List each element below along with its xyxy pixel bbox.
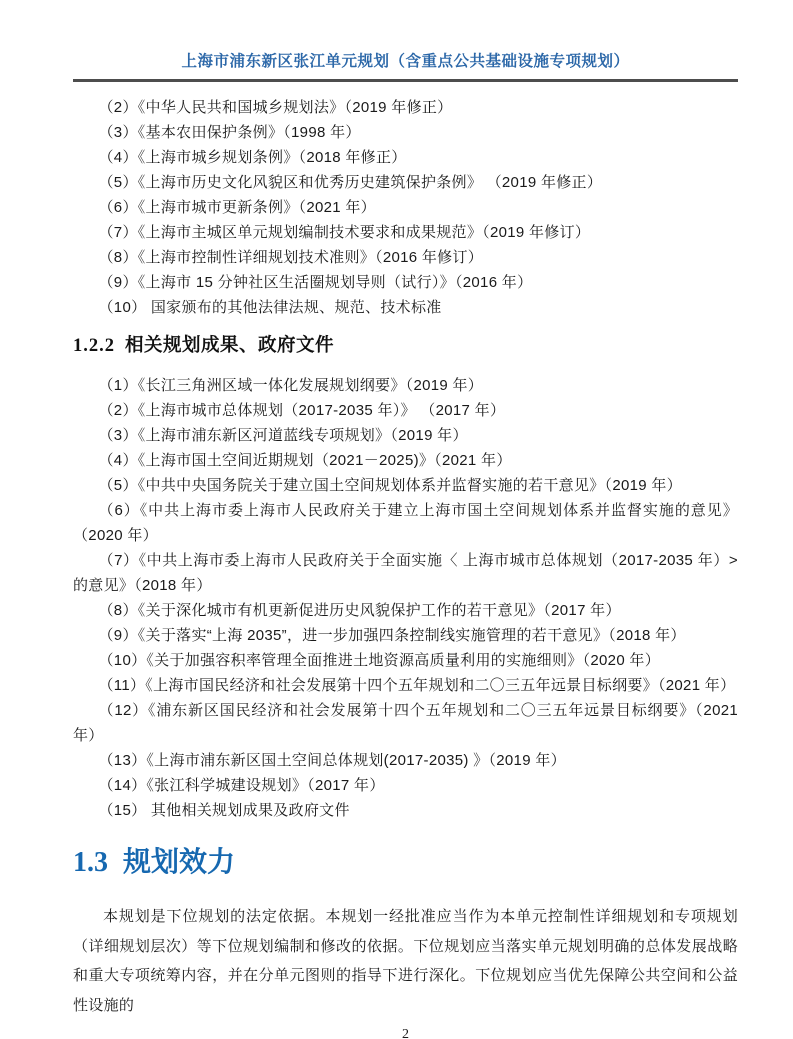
legal-references-list: （2）《中华人民共和国城乡规划法》（2019 年修正）（3）《基本农田保护条例》… bbox=[73, 95, 738, 320]
list-item: （6）《中共上海市委上海市人民政府关于建立上海市国土空间规划体系并监督实施的意见… bbox=[73, 498, 738, 548]
list-item: （6）《上海市城市更新条例》（2021 年） bbox=[73, 195, 738, 220]
list-item: （4）《上海市城乡规划条例》（2018 年修正） bbox=[73, 145, 738, 170]
list-item: （5）《中共中央国务院关于建立国土空间规划体系并监督实施的若干意见》（2019 … bbox=[73, 473, 738, 498]
list-item: （9）《上海市 15 分钟社区生活圈规划导则（试行）》（2016 年） bbox=[73, 270, 738, 295]
section-title: 规划效力 bbox=[123, 846, 235, 877]
list-item: （11）《上海市国民经济和社会发展第十四个五年规划和二〇三五年远景目标纲要》（2… bbox=[73, 673, 738, 698]
section-heading-1-3: 1.3规划效力 bbox=[73, 843, 738, 882]
page-footer: 2 bbox=[73, 1027, 738, 1039]
page-header: 上海市浦东新区张江单元规划（含重点公共基础设施专项规划） bbox=[73, 52, 738, 82]
list-item: （10） 国家颁布的其他法律法规、规范、技术标准 bbox=[73, 295, 738, 320]
planning-references-list: （1）《长江三角洲区域一体化发展规划纲要》（2019 年）（2）《上海市城市总体… bbox=[73, 373, 738, 823]
list-item: （4）《上海市国土空间近期规划（2021－2025)》（2021 年） bbox=[73, 448, 738, 473]
list-item: （5）《上海市历史文化风貌区和优秀历史建筑保护条例》 （2019 年修正） bbox=[73, 170, 738, 195]
list-item: （7）《中共上海市委上海市人民政府关于全面实施〈 上海市城市总体规划（2017-… bbox=[73, 548, 738, 598]
list-item: （10）《关于加强容积率管理全面推进土地资源高质量利用的实施细则》（2020 年… bbox=[73, 648, 738, 673]
list-item: （9）《关于落实“上海 2035”，进一步加强四条控制线实施管理的若干意见》（2… bbox=[73, 623, 738, 648]
header-rule bbox=[73, 79, 738, 82]
list-item: （3）《基本农田保护条例》（1998 年） bbox=[73, 120, 738, 145]
list-item: （1）《长江三角洲区域一体化发展规划纲要》（2019 年） bbox=[73, 373, 738, 398]
section-number: 1.2.2 bbox=[73, 336, 115, 356]
list-item: （3）《上海市浦东新区河道蓝线专项规划》（2019 年） bbox=[73, 423, 738, 448]
document-page: 上海市浦东新区张江单元规划（含重点公共基础设施专项规划） （2）《中华人民共和国… bbox=[0, 0, 793, 1039]
list-item: （13）《上海市浦东新区国土空间总体规划(2017-2035) 》（2019 年… bbox=[73, 748, 738, 773]
page-number: 2 bbox=[402, 1027, 409, 1039]
list-item: （8）《上海市控制性详细规划技术准则》（2016 年修订） bbox=[73, 245, 738, 270]
list-item: （2）《中华人民共和国城乡规划法》（2019 年修正） bbox=[73, 95, 738, 120]
section-heading-1-2-2: 1.2.2相关规划成果、政府文件 bbox=[73, 332, 738, 359]
section-title: 相关规划成果、政府文件 bbox=[125, 334, 334, 355]
list-item: （15） 其他相关规划成果及政府文件 bbox=[73, 798, 738, 823]
list-item: （14）《张江科学城建设规划》（2017 年） bbox=[73, 773, 738, 798]
document-title: 上海市浦东新区张江单元规划（含重点公共基础设施专项规划） bbox=[73, 52, 738, 72]
section-number: 1.3 bbox=[73, 847, 108, 878]
list-item: （2）《上海市城市总体规划（2017-2035 年）》 （2017 年） bbox=[73, 398, 738, 423]
body-paragraph: 本规划是下位规划的法定依据。本规划一经批准应当作为本单元控制性详细规划和专项规划… bbox=[73, 902, 738, 1020]
list-item: （8）《关于深化城市有机更新促进历史风貌保护工作的若干意见》（2017 年） bbox=[73, 598, 738, 623]
list-item: （7）《上海市主城区单元规划编制技术要求和成果规范》（2019 年修订） bbox=[73, 220, 738, 245]
list-item: （12）《浦东新区国民经济和社会发展第十四个五年规划和二〇三五年远景目标纲要》（… bbox=[73, 698, 738, 748]
